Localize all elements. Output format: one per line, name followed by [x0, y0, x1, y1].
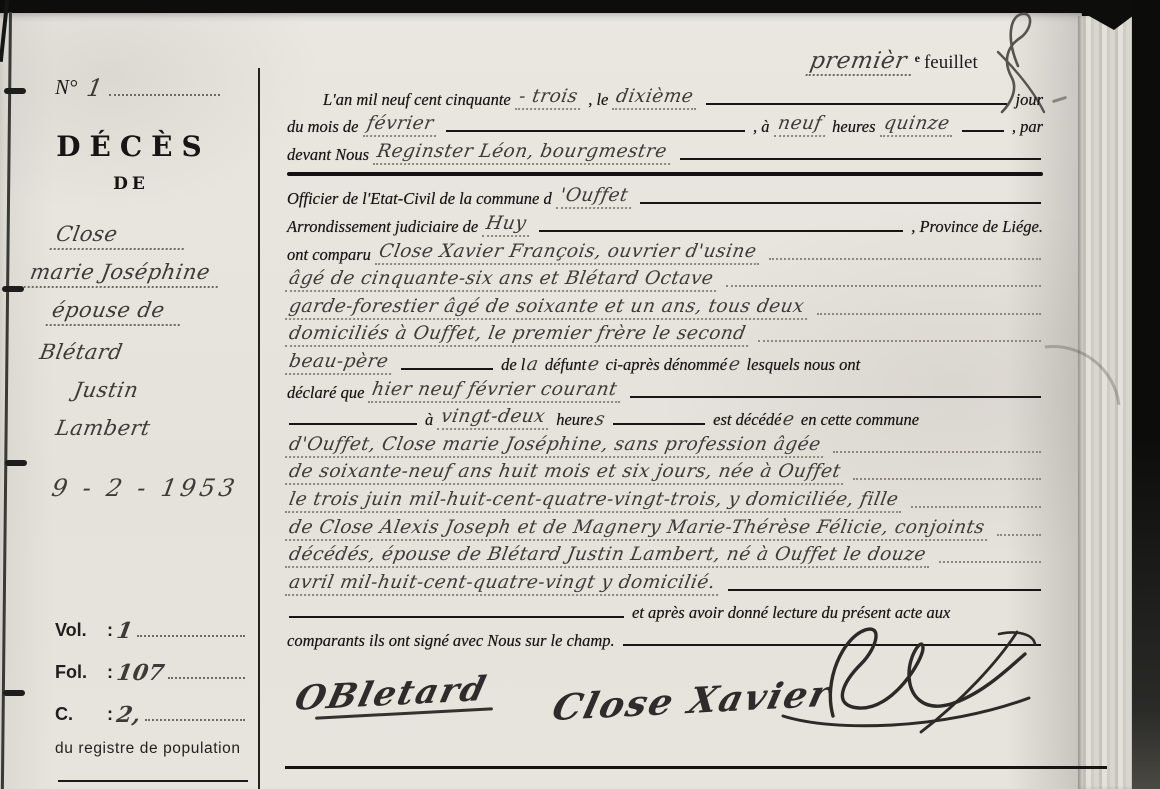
printed-form-text: heures	[832, 117, 875, 137]
blank-line	[539, 230, 903, 232]
signatures-row: OBletard Close Xavier	[287, 652, 1057, 762]
handwritten-entry: Reginster Léon, bourgmestre	[373, 141, 674, 165]
printed-form-text: , par	[1012, 117, 1043, 137]
handwritten-entry: avril mil-huit-cent-quatre-vingt y domic…	[285, 572, 722, 596]
blank-line	[939, 561, 1041, 563]
handwritten-entry: 'Ouffet	[556, 185, 635, 209]
folio-label: Fol.	[55, 662, 107, 683]
handwritten-entry: de Close Alexis Joseph et de Magnery Mar…	[285, 517, 992, 541]
printed-form-text: du mois de	[287, 117, 359, 137]
blank-line	[997, 534, 1041, 536]
blank-line	[726, 285, 1041, 287]
printed-form-text: ci-après dénommé	[606, 355, 727, 375]
deceased-name-line: Close	[22, 212, 242, 250]
act-body: L'an mil neuf cent cinquante- trois, led…	[287, 82, 1043, 651]
deceased-name-line: marie Joséphine	[22, 250, 242, 288]
act-line: d'Ouffet, Close marie Joséphine, sans pr…	[287, 430, 1043, 458]
printed-form-text: Arrondissement judiciaire de	[287, 217, 478, 237]
printed-form-text: déclaré que	[287, 383, 364, 403]
blank-line	[613, 423, 705, 425]
blank-line	[289, 423, 417, 425]
handwritten-entry: - trois	[515, 86, 585, 110]
act-line: avril mil-huit-cent-quatre-vingt y domic…	[287, 568, 1043, 596]
handwritten-text: marie Joséphine	[24, 260, 223, 288]
printed-form-text: en cette commune	[801, 410, 919, 430]
act-line: àvingt-deuxheuresest décédéeen cette com…	[287, 403, 1043, 431]
blank-line	[728, 589, 1041, 591]
volume-row: Vol. : 1	[55, 618, 245, 641]
volume-value: 1	[115, 618, 135, 644]
handwritten-entry: âgé de cinquante-six ans et Blétard Octa…	[285, 268, 720, 292]
handwritten-entry: décédés, épouse de Blétard Justin Lamber…	[285, 544, 933, 568]
handwritten-entry: garde-forestier âgé de soixante et un an…	[285, 296, 811, 320]
act-line: devant NousReginster Léon, bourgmestre	[287, 137, 1043, 165]
printed-form-text: jour	[1015, 90, 1043, 110]
deceased-name-line: Lambert	[22, 402, 242, 440]
handwritten-entry: d'Ouffet, Close marie Joséphine, sans pr…	[285, 434, 828, 458]
blank-line	[630, 396, 1041, 398]
dotted-leader	[145, 719, 245, 721]
blank-line	[640, 202, 1041, 204]
handwritten-entry: vingt-deux	[437, 406, 552, 430]
act-line: de soixante-neuf ans huit mois et six jo…	[287, 458, 1043, 486]
printed-form-text: , le	[588, 90, 608, 110]
deceased-name-line: épouse de	[22, 288, 242, 326]
margin-bottom-rule	[58, 780, 248, 782]
handwritten-letter: e	[727, 354, 742, 375]
case-value: 2,	[115, 702, 144, 728]
handwritten-entry: le trois juin mil-huit-cent-quatre-vingt…	[285, 489, 905, 513]
printed-form-text: comparants ils ont signé avec Nous sur l…	[287, 631, 615, 651]
printed-form-text: , Province de Liége.	[911, 217, 1043, 237]
blank-line	[289, 616, 624, 618]
handwritten-text: épouse de	[46, 298, 185, 326]
act-line: de Close Alexis Joseph et de Magnery Mar…	[287, 513, 1043, 541]
case-row: C. : 2,	[55, 702, 245, 725]
deceased-name-line: Justin	[22, 364, 242, 402]
handwritten-text: Justin	[72, 378, 141, 402]
printed-form-text: à	[425, 410, 433, 430]
register-note: du registre de population	[55, 740, 241, 758]
act-line: L'an mil neuf cent cinquante- trois, led…	[287, 82, 1043, 110]
printed-form-text: est décédé	[713, 410, 781, 430]
handwritten-entry: beau-père	[285, 351, 395, 375]
deceased-name-line: Blétard	[22, 326, 242, 364]
scanned-death-certificate: N° 1 DÉCÈS DE Closemarie Joséphineépouse…	[0, 0, 1160, 789]
blank-line	[853, 478, 1041, 480]
act-number-label: N°	[55, 75, 77, 100]
blank-line	[911, 506, 1041, 508]
feuillet-number-handwritten: premièr	[806, 48, 916, 76]
blank-line	[446, 130, 745, 132]
handwritten-text: Lambert	[54, 416, 152, 440]
handwritten-entry: quinze	[879, 113, 956, 137]
margin-divider-line	[258, 68, 260, 789]
printed-form-text: de l	[501, 355, 525, 375]
handwritten-letter: e	[586, 354, 601, 375]
deceased-name-block: Closemarie Joséphineépouse deBlétardJust…	[22, 212, 242, 440]
handwritten-entry: domiciliés à Ouffet, le premier frère le…	[285, 323, 753, 347]
feuillet-sup: e	[915, 51, 920, 66]
feuillet-label: feuillet	[924, 52, 978, 74]
blank-line	[401, 368, 493, 370]
act-number-value: 1	[85, 74, 106, 102]
act-line: garde-forestier âgé de soixante et un an…	[287, 292, 1043, 320]
act-number-row: N° 1	[55, 74, 220, 100]
handwritten-text: Blétard	[38, 340, 125, 364]
scan-edge-right	[1132, 0, 1160, 789]
act-line: âgé de cinquante-six ans et Blétard Octa…	[287, 265, 1043, 293]
blank-line	[706, 103, 1007, 105]
dotted-leader	[137, 635, 245, 637]
handwritten-entry: de soixante-neuf ans huit mois et six jo…	[285, 461, 847, 485]
section-rule	[287, 172, 1043, 176]
printed-form-text: défunt	[545, 355, 586, 375]
act-line: Arrondissement judiciaire deHuy, Provinc…	[287, 209, 1043, 237]
mayor-signature-flourish-icon	[773, 620, 1043, 740]
handwritten-entry: février	[362, 113, 440, 137]
handwritten-entry: neuf	[773, 113, 828, 137]
act-line: ont comparuClose Xavier François, ouvrie…	[287, 237, 1043, 265]
handwritten-entry: hier neuf février courant	[368, 379, 624, 403]
volume-label: Vol.	[55, 620, 107, 641]
blank-line	[817, 313, 1041, 315]
act-line: le trois juin mil-huit-cent-quatre-vingt…	[287, 485, 1043, 513]
handwritten-text: Close	[50, 222, 189, 250]
folio-row: Fol. : 107	[55, 660, 245, 683]
deces-heading: DÉCÈS	[0, 130, 258, 163]
blank-line	[769, 258, 1041, 260]
act-line: Officier de l'Etat-Civil de la commune d…	[287, 182, 1043, 210]
folio-value: 107	[115, 660, 167, 686]
printed-form-text: ont comparu	[287, 245, 371, 265]
dotted-leader	[168, 677, 245, 679]
handwritten-entry: dixième	[612, 86, 700, 110]
blank-line	[758, 340, 1041, 342]
handwritten-letter: a	[526, 354, 541, 375]
act-line: beau-pèrede ladéfunteci-après dénomméele…	[287, 347, 1043, 375]
blank-line	[962, 130, 1004, 132]
printed-form-text: devant Nous	[287, 145, 369, 165]
printed-form-text: heure	[556, 410, 593, 430]
printed-form-text: , à	[753, 117, 770, 137]
handwritten-entry: Close Xavier François, ouvrier d'usine	[375, 241, 763, 265]
act-line: du mois defévrier, àneufheuresquinze, pa…	[287, 110, 1043, 138]
act-line: déclaré quehier neuf février courant	[287, 375, 1043, 403]
death-date-annotation: 9 - 2 - 1953	[52, 474, 238, 502]
case-label: C.	[55, 704, 107, 725]
feuillet-header: premièr e feuillet	[808, 48, 978, 76]
witness-signature-bletard: OBletard	[297, 674, 485, 714]
act-line: décédés, épouse de Blétard Justin Lamber…	[287, 541, 1043, 569]
page-bottom-rule	[285, 766, 1107, 769]
handwritten-letter: s	[593, 409, 607, 430]
handwritten-entry: Huy	[482, 213, 533, 237]
printed-form-text: Officier de l'Etat-Civil de la commune d	[287, 189, 552, 209]
act-line: domiciliés à Ouffet, le premier frère le…	[287, 320, 1043, 348]
margin-column: N° 1 DÉCÈS DE Closemarie Joséphineépouse…	[0, 12, 258, 789]
printed-form-text: lesquels nous ont	[746, 355, 860, 375]
deces-heading-de: DE	[0, 174, 258, 194]
blank-line	[680, 158, 1041, 160]
printed-form-text: L'an mil neuf cent cinquante	[323, 90, 511, 110]
handwritten-letter: e	[782, 409, 797, 430]
mayor-signature	[773, 620, 1043, 745]
dotted-leader	[109, 94, 220, 96]
